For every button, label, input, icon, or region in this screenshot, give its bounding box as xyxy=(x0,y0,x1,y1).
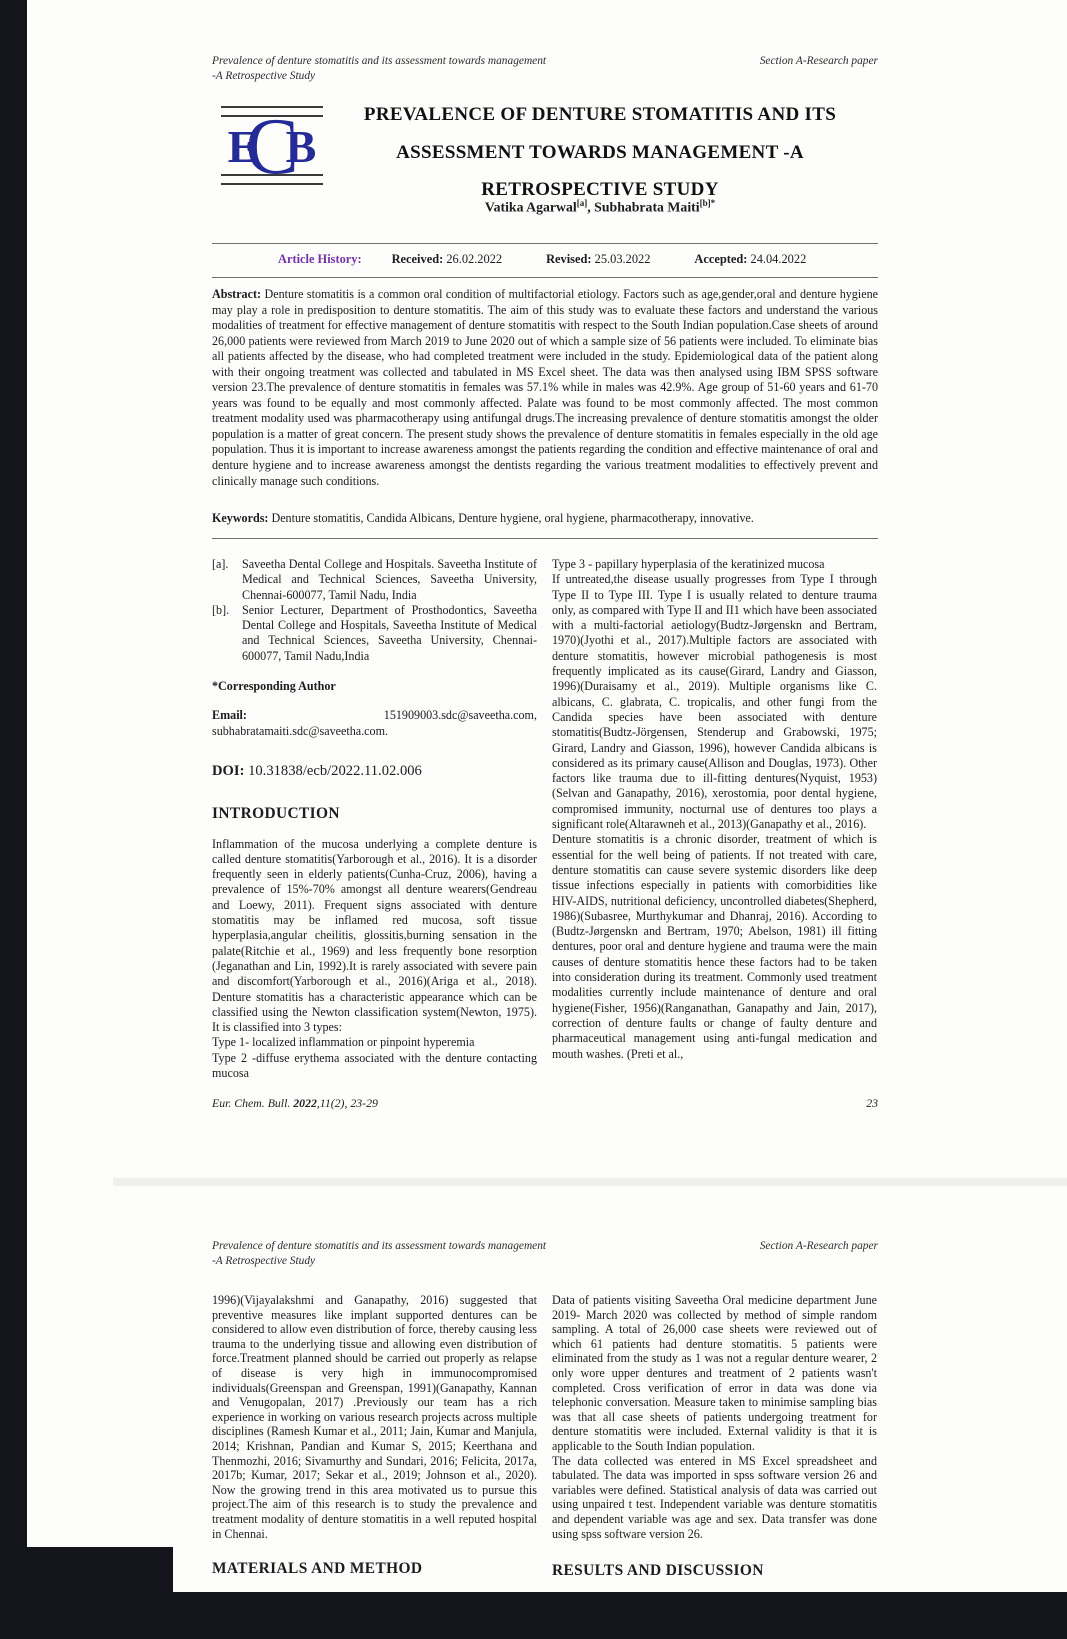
newton-type3-line: Type 3 - papillary hyperplasia of the ke… xyxy=(552,557,877,572)
left-edge-dark-strip xyxy=(0,0,27,1639)
keywords-line: Keywords: Denture stomatitis, Candida Al… xyxy=(212,511,878,527)
introduction-paragraph: Inflammation of the mucosa underlying a … xyxy=(212,837,537,1036)
email-address-1: 151909003.sdc@saveetha.com, xyxy=(384,708,537,723)
corresponding-author-note: *Corresponding Author xyxy=(212,679,537,694)
received-label: Received: xyxy=(392,252,444,266)
page1-right-paragraph-1: If untreated,the disease usually progres… xyxy=(552,572,877,832)
running-header-section: Section A-Research paper xyxy=(760,1239,878,1254)
running-header-line2: -A Retrospective Study xyxy=(212,1254,546,1269)
revised-label: Revised: xyxy=(546,252,591,266)
page2-right-column: Data of patients visiting Saveetha Oral … xyxy=(552,1293,877,1579)
article-history-row: Article History: Received: 26.02.2022 Re… xyxy=(212,251,878,267)
doi-value: 10.31838/ecb/2022.11.02.006 xyxy=(244,763,421,779)
page1-right-paragraph-2: Denture stomatitis is a chronic disorder… xyxy=(552,832,877,1061)
running-header-title: Prevalence of denture stomatitis and its… xyxy=(212,1239,546,1268)
logo-bottom-rules xyxy=(221,174,323,185)
page1-running-header: Prevalence of denture stomatitis and its… xyxy=(212,54,878,83)
author-1: Vatika Agarwal xyxy=(485,200,577,215)
page2-left-column: 1996)(Vijayalakshmi and Ganapathy, 2016)… xyxy=(212,1293,537,1579)
keywords-label: Keywords: xyxy=(212,511,268,525)
doi-line: DOI: 10.31838/ecb/2022.11.02.006 xyxy=(212,764,537,779)
email-label: Email: xyxy=(212,708,247,723)
page1-right-column: Type 3 - papillary hyperplasia of the ke… xyxy=(552,557,877,1081)
page2-right-paragraph-2: The data collected was entered in MS Exc… xyxy=(552,1454,877,1542)
footer-page-number: 23 xyxy=(866,1096,878,1111)
affiliation-a: [a]. Saveetha Dental College and Hospita… xyxy=(212,557,537,603)
materials-and-method-heading: MATERIALS AND METHOD xyxy=(212,1562,537,1577)
email-block: Email: 151909003.sdc@saveetha.com, subha… xyxy=(212,708,537,739)
page1-left-column: [a]. Saveetha Dental College and Hospita… xyxy=(212,557,537,1081)
affiliation-a-marker: [a]. xyxy=(212,557,242,603)
results-and-discussion-heading: RESULTS AND DISCUSSION xyxy=(552,1564,877,1579)
footer-journal-year: 2022 xyxy=(293,1096,317,1110)
running-header-line1: Prevalence of denture stomatitis and its… xyxy=(212,54,546,69)
page1-columns: [a]. Saveetha Dental College and Hospita… xyxy=(212,557,878,1081)
page2-right-paragraph-1: Data of patients visiting Saveetha Oral … xyxy=(552,1293,877,1454)
running-header-section: Section A-Research paper xyxy=(760,54,878,69)
affiliation-b: [b]. Senior Lecturer, Department of Pros… xyxy=(212,603,537,664)
newton-type1-line: Type 1- localized inflammation or pinpoi… xyxy=(212,1035,537,1050)
divider-rule-2 xyxy=(212,277,878,278)
running-header-line2: -A Retrospective Study xyxy=(212,69,546,84)
affiliation-b-marker: [b]. xyxy=(212,603,242,664)
page2-running-header: Prevalence of denture stomatitis and its… xyxy=(212,1239,878,1268)
history-revised: Revised: 25.03.2022 xyxy=(546,251,650,267)
abstract-text: Denture stomatitis is a common oral cond… xyxy=(212,287,878,488)
author-2: Subhabrata Maiti xyxy=(594,200,699,215)
page2-columns: 1996)(Vijayalakshmi and Ganapathy, 2016)… xyxy=(212,1293,878,1579)
ecb-journal-logo: E C B xyxy=(221,99,323,194)
history-received: Received: 26.02.2022 xyxy=(392,251,502,267)
bottom-dark-band xyxy=(0,1592,1067,1639)
divider-rule-3 xyxy=(212,538,878,539)
footer-journal-name: Eur. Chem. Bull. xyxy=(212,1096,293,1110)
affiliation-b-text: Senior Lecturer, Department of Prosthodo… xyxy=(242,603,537,664)
footer-journal-issue: ,11(2), 23-29 xyxy=(317,1096,378,1110)
paper-title: PREVALENCE OF DENTURE STOMATITIS AND ITS… xyxy=(322,96,878,209)
divider-rule-1 xyxy=(212,243,878,244)
running-header-line1: Prevalence of denture stomatitis and its… xyxy=(212,1239,546,1254)
logo-letter-b: B xyxy=(286,124,317,170)
page-divider-gap xyxy=(113,1178,1067,1186)
accepted-date: 24.04.2022 xyxy=(751,252,807,266)
introduction-heading: INTRODUCTION xyxy=(212,806,537,821)
authors-line: Vatika Agarwal[a], Subhabrata Maiti[b]* xyxy=(322,198,878,216)
pdf-scan-viewport: Prevalence of denture stomatitis and its… xyxy=(0,0,1067,1639)
page2-left-paragraph: 1996)(Vijayalakshmi and Ganapathy, 2016)… xyxy=(212,1293,537,1541)
paper-title-line2: ASSESSMENT TOWARDS MANAGEMENT -A xyxy=(322,134,878,172)
doi-label: DOI: xyxy=(212,763,244,779)
keywords-text: Denture stomatitis, Candida Albicans, De… xyxy=(268,511,754,525)
author-1-affiliation-mark: [a] xyxy=(577,198,588,208)
email-address-2: subhabratamaiti.sdc@saveetha.com. xyxy=(212,724,537,739)
abstract-paragraph: Abstract: Denture stomatitis is a common… xyxy=(212,287,878,489)
affiliation-a-text: Saveetha Dental College and Hospitals. S… xyxy=(242,557,537,603)
received-date: 26.02.2022 xyxy=(446,252,502,266)
revised-date: 25.03.2022 xyxy=(595,252,651,266)
author-2-affiliation-mark: [b]* xyxy=(700,198,716,208)
accepted-label: Accepted: xyxy=(694,252,747,266)
newton-type2-line: Type 2 -diffuse erythema associated with… xyxy=(212,1051,537,1082)
paper-title-line1: PREVALENCE OF DENTURE STOMATITIS AND ITS xyxy=(322,96,878,134)
history-accepted: Accepted: 24.04.2022 xyxy=(694,251,806,267)
page1-footer: Eur. Chem. Bull. 2022,11(2), 23-29 23 xyxy=(212,1096,878,1111)
running-header-title: Prevalence of denture stomatitis and its… xyxy=(212,54,546,83)
article-history-label: Article History: xyxy=(278,251,362,267)
abstract-label: Abstract: xyxy=(212,287,261,301)
footer-journal-citation: Eur. Chem. Bull. 2022,11(2), 23-29 xyxy=(212,1096,378,1111)
